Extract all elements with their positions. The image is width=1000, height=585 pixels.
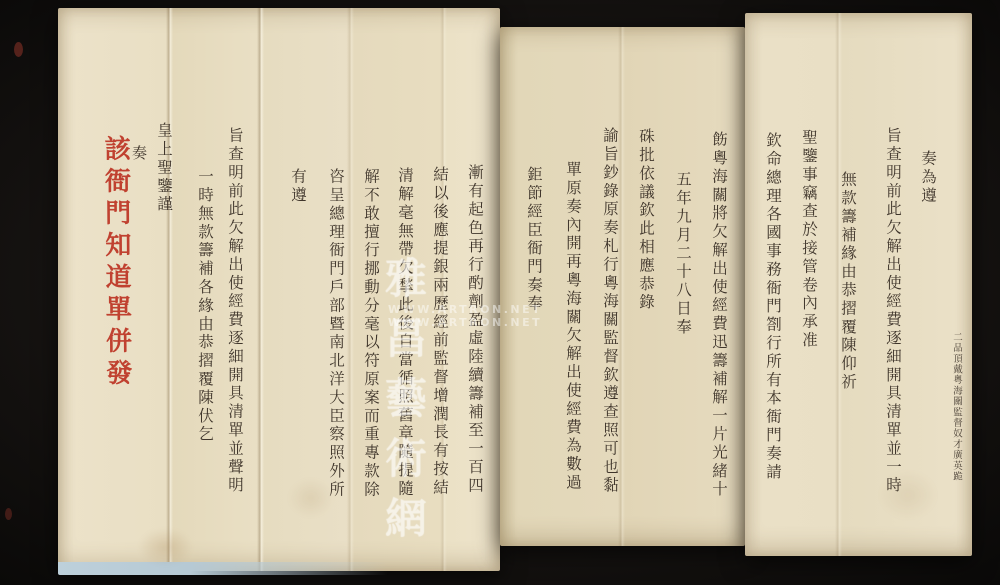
column-jiebugan: 解不敢擅行挪動分毫以符原案而重專款除 bbox=[358, 168, 379, 499]
column-zicheng: 咨呈總理衙門戶部暨南北洋大臣察照外所 bbox=[323, 168, 344, 499]
column-vermilion-rescript: 該衙門知道單併發 bbox=[94, 135, 131, 391]
column-zhichaming-left: 旨查明前此欠解出使經費逐細開具清單並聲明 bbox=[222, 127, 243, 495]
column-jieyihou: 結以後應提銀兩歷經前監督增潤長有按結 bbox=[427, 166, 448, 497]
column-yishiwukuan: 一時無款籌補各緣由恭摺覆陳伏乞 bbox=[192, 168, 213, 444]
column-danyuanzou: 單原奏內開再粵海關欠解出使經費為數過 bbox=[560, 161, 581, 492]
column-chiyuehaiguan: 飭粵海關將欠解出使經費迅籌補解一片光緒十 bbox=[706, 131, 727, 499]
column-qingjie: 清解毫無帶欠揫此後自當循照舊章隨提隨 bbox=[392, 167, 413, 498]
column-zhichaming-right: 旨查明前此欠解出使經費逐細開具清單並一時 bbox=[880, 127, 901, 495]
photograph-stage: 二品頂戴粵海關監督奴才廣英跪奏為遵旨查明前此欠解出使經費逐細開具清單並一時無款籌… bbox=[0, 0, 1000, 585]
column-shengjianshi: 聖鑒事竊查於接管卷內承准 bbox=[796, 129, 817, 350]
column-yuzhi: 諭旨鈔錄原奏札行粵海關監督欽遵查照可也黏 bbox=[597, 127, 618, 495]
column-zhupi: 硃批依議欽此相應恭錄 bbox=[633, 128, 654, 312]
column-jianyouqise: 漸有起色再行酌劑盈虛陸續籌補至一百四 bbox=[462, 164, 483, 495]
column-wunianjiuyue: 五年九月二十八日奉 bbox=[670, 171, 691, 337]
column-signer: 二品頂戴粵海關監督奴才廣英跪 bbox=[947, 332, 961, 482]
column-wukuan-right: 無款籌補緣由恭摺覆陳仰祈 bbox=[835, 171, 856, 392]
column-zouweizun: 奏為遵 bbox=[915, 150, 936, 205]
column-qinming: 欽命總理各國事務衙門劄行所有本衙門奏請 bbox=[760, 132, 781, 482]
calligraphy-text-layer: 二品頂戴粵海關監督奴才廣英跪奏為遵旨查明前此欠解出使經費逐細開具清單並一時無款籌… bbox=[0, 0, 1000, 585]
column-youzun: 有遵 bbox=[285, 168, 306, 205]
column-jujie: 鉅節經臣衙門奏奉 bbox=[521, 166, 542, 313]
column-huangshang: 皇上聖鑒謹 bbox=[151, 122, 172, 214]
